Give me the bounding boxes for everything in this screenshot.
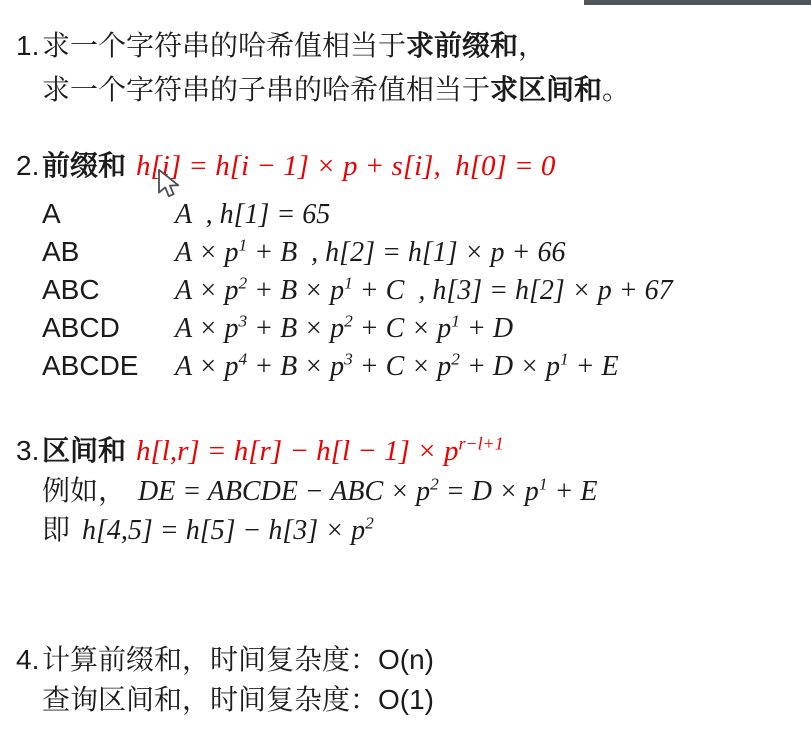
row-label: ABC	[42, 271, 175, 308]
table-row: ABC A × p2 + B × p1 + C , h[3] = h[2] × …	[42, 271, 811, 309]
row-formula: A × p2 + B × p1 + C , h[3] = h[2] × p + …	[175, 272, 673, 309]
list-number: 4.	[16, 640, 42, 680]
prefix-sum-table: A A , h[1] = 65 AB A × p1 + B , h[2] = h…	[42, 195, 811, 385]
prefix-sum-title: 前缀和	[42, 146, 126, 186]
intro-line-1-text: 求一个字符串的哈希值相当于	[42, 30, 406, 61]
intro-line-2: 求一个字符串的子串的哈希值相当于求区间和。	[42, 68, 811, 112]
intro-line-2-bold: 求区间和	[490, 74, 602, 105]
example-formula: DE = ABCDE − ABC × p2 = D × p1 + E	[138, 473, 597, 511]
prefix-sum-formula: h[i] = h[i − 1] × p + s[i], h[0] = 0	[136, 146, 555, 186]
row-formula: A × p3 + B × p2 + C × p1 + D	[175, 310, 513, 347]
row-label: ABCD	[42, 309, 175, 346]
complexity-line-1: 计算前缀和，时间复杂度：O(n)	[42, 640, 434, 680]
list-number: 2.	[16, 146, 42, 186]
range-sum-formula: h[l,r] = h[r] − h[l − 1] × pr−l+1	[136, 430, 504, 472]
table-row: ABCD A × p3 + B × p2 + C × p1 + D	[42, 309, 811, 347]
range-sum-example: 例如， DE = ABCDE − ABC × p2 = D × p1 + E	[42, 472, 811, 511]
intro-line-2-text: 求一个字符串的子串的哈希值相当于	[42, 74, 490, 105]
conclusion-prefix: 即	[42, 511, 70, 549]
table-row: ABCDE A × p4 + B × p3 + C × p2 + D × p1 …	[42, 347, 811, 385]
table-row: A A , h[1] = 65	[42, 195, 811, 233]
section-hash-intro: 1. 求一个字符串的哈希值相当于求前缀和， 求一个字符串的子串的哈希值相当于求区…	[16, 24, 811, 112]
section-complexity: 4. 计算前缀和，时间复杂度：O(n) 查询区间和，时间复杂度：O(1)	[16, 640, 811, 720]
row-formula: A , h[1] = 65	[175, 196, 330, 233]
row-formula: A × p1 + B , h[2] = h[1] × p + 66	[175, 234, 565, 271]
window-top-bar	[584, 0, 811, 5]
list-number: 3.	[16, 430, 42, 472]
section-range-sum: 3. 区间和 h[l,r] = h[r] − h[l − 1] × pr−l+1…	[16, 430, 811, 550]
row-label: ABCDE	[42, 347, 175, 384]
example-prefix: 例如，	[42, 472, 126, 510]
intro-line-2-punct: 。	[602, 74, 630, 105]
range-sum-title: 区间和	[42, 430, 126, 472]
row-label: AB	[42, 233, 175, 270]
intro-line-1: 求一个字符串的哈希值相当于求前缀和，	[42, 24, 546, 68]
intro-line-1-bold: 求前缀和	[406, 30, 518, 61]
slide-canvas: 1. 求一个字符串的哈希值相当于求前缀和， 求一个字符串的子串的哈希值相当于求区…	[0, 0, 811, 750]
row-label: A	[42, 195, 175, 232]
list-number: 1.	[16, 24, 42, 68]
complexity-line-2: 查询区间和，时间复杂度：O(1)	[42, 680, 811, 720]
range-sum-conclusion: 即 h[4,5] = h[5] − h[3] × p2	[42, 511, 811, 550]
table-row: AB A × p1 + B , h[2] = h[1] × p + 66	[42, 233, 811, 271]
row-formula: A × p4 + B × p3 + C × p2 + D × p1 + E	[175, 348, 619, 385]
intro-line-1-punct: ，	[518, 30, 546, 61]
conclusion-formula: h[4,5] = h[5] − h[3] × p2	[82, 512, 374, 550]
section-prefix-sum: 2. 前缀和 h[i] = h[i − 1] × p + s[i], h[0] …	[16, 146, 811, 385]
